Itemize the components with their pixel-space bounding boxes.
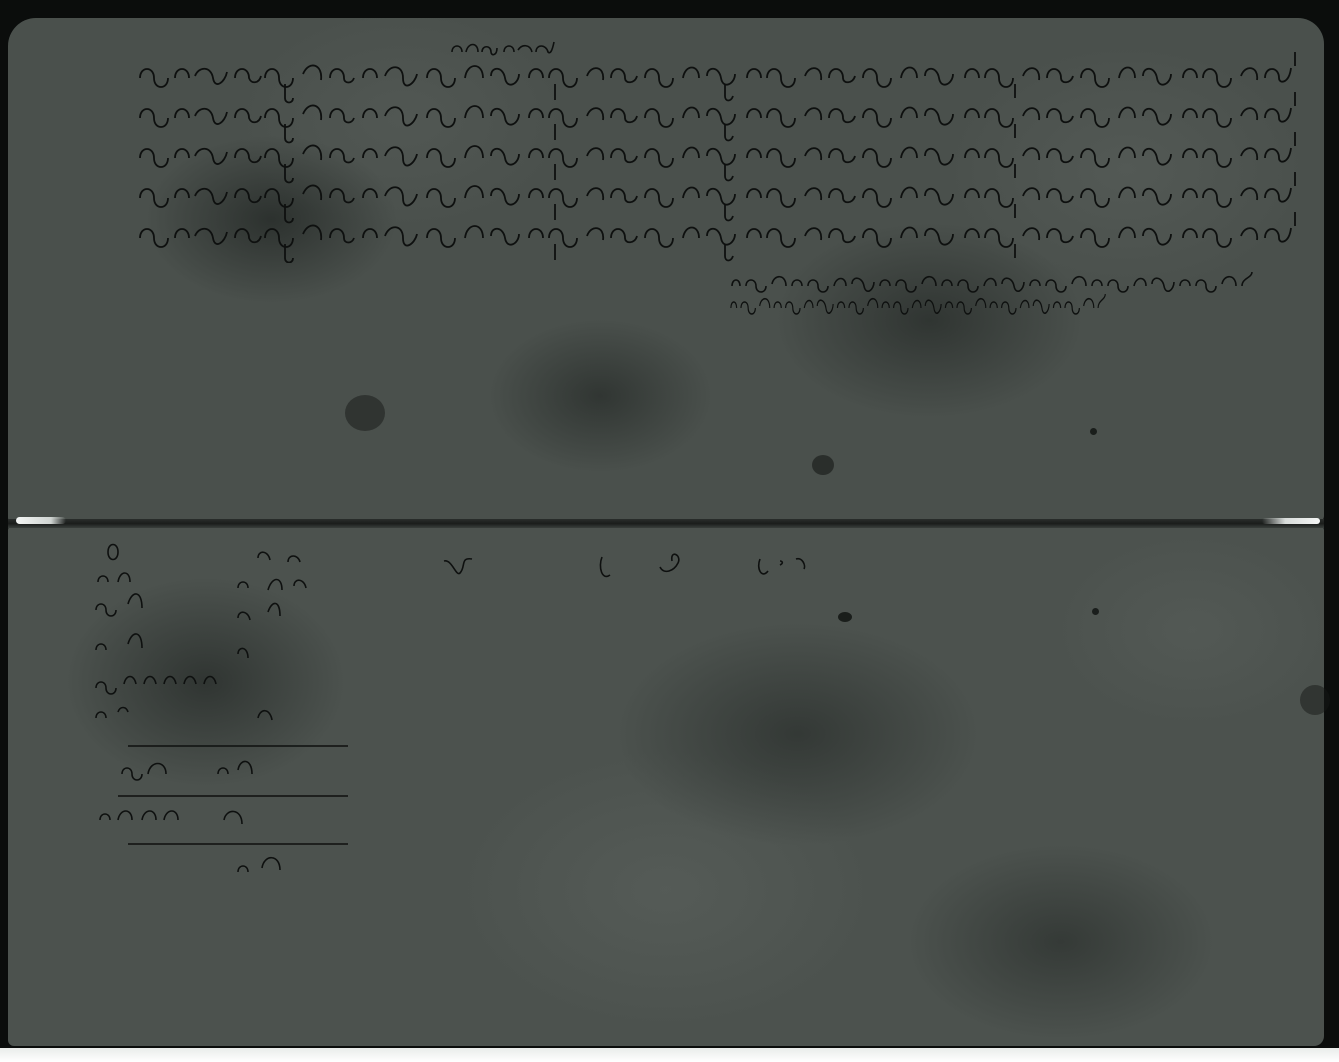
fold-crease bbox=[8, 519, 1324, 528]
manuscript-photo: heading (1 short word, centered near top… bbox=[0, 0, 1339, 1062]
stain bbox=[1300, 685, 1330, 715]
page-bottom-edge bbox=[0, 1048, 1339, 1062]
scattered-script-marks bbox=[440, 545, 860, 585]
fold-highlight-right bbox=[1262, 518, 1320, 524]
ink-dot bbox=[1090, 428, 1097, 435]
stain bbox=[345, 395, 385, 431]
main-text-block bbox=[135, 48, 1305, 263]
ink-dot bbox=[1092, 608, 1099, 615]
secondary-text-block bbox=[728, 260, 1273, 326]
stain bbox=[812, 455, 834, 475]
lower-list-entries bbox=[88, 538, 348, 888]
ink-blot bbox=[838, 612, 852, 622]
fold-highlight-left bbox=[16, 517, 66, 524]
